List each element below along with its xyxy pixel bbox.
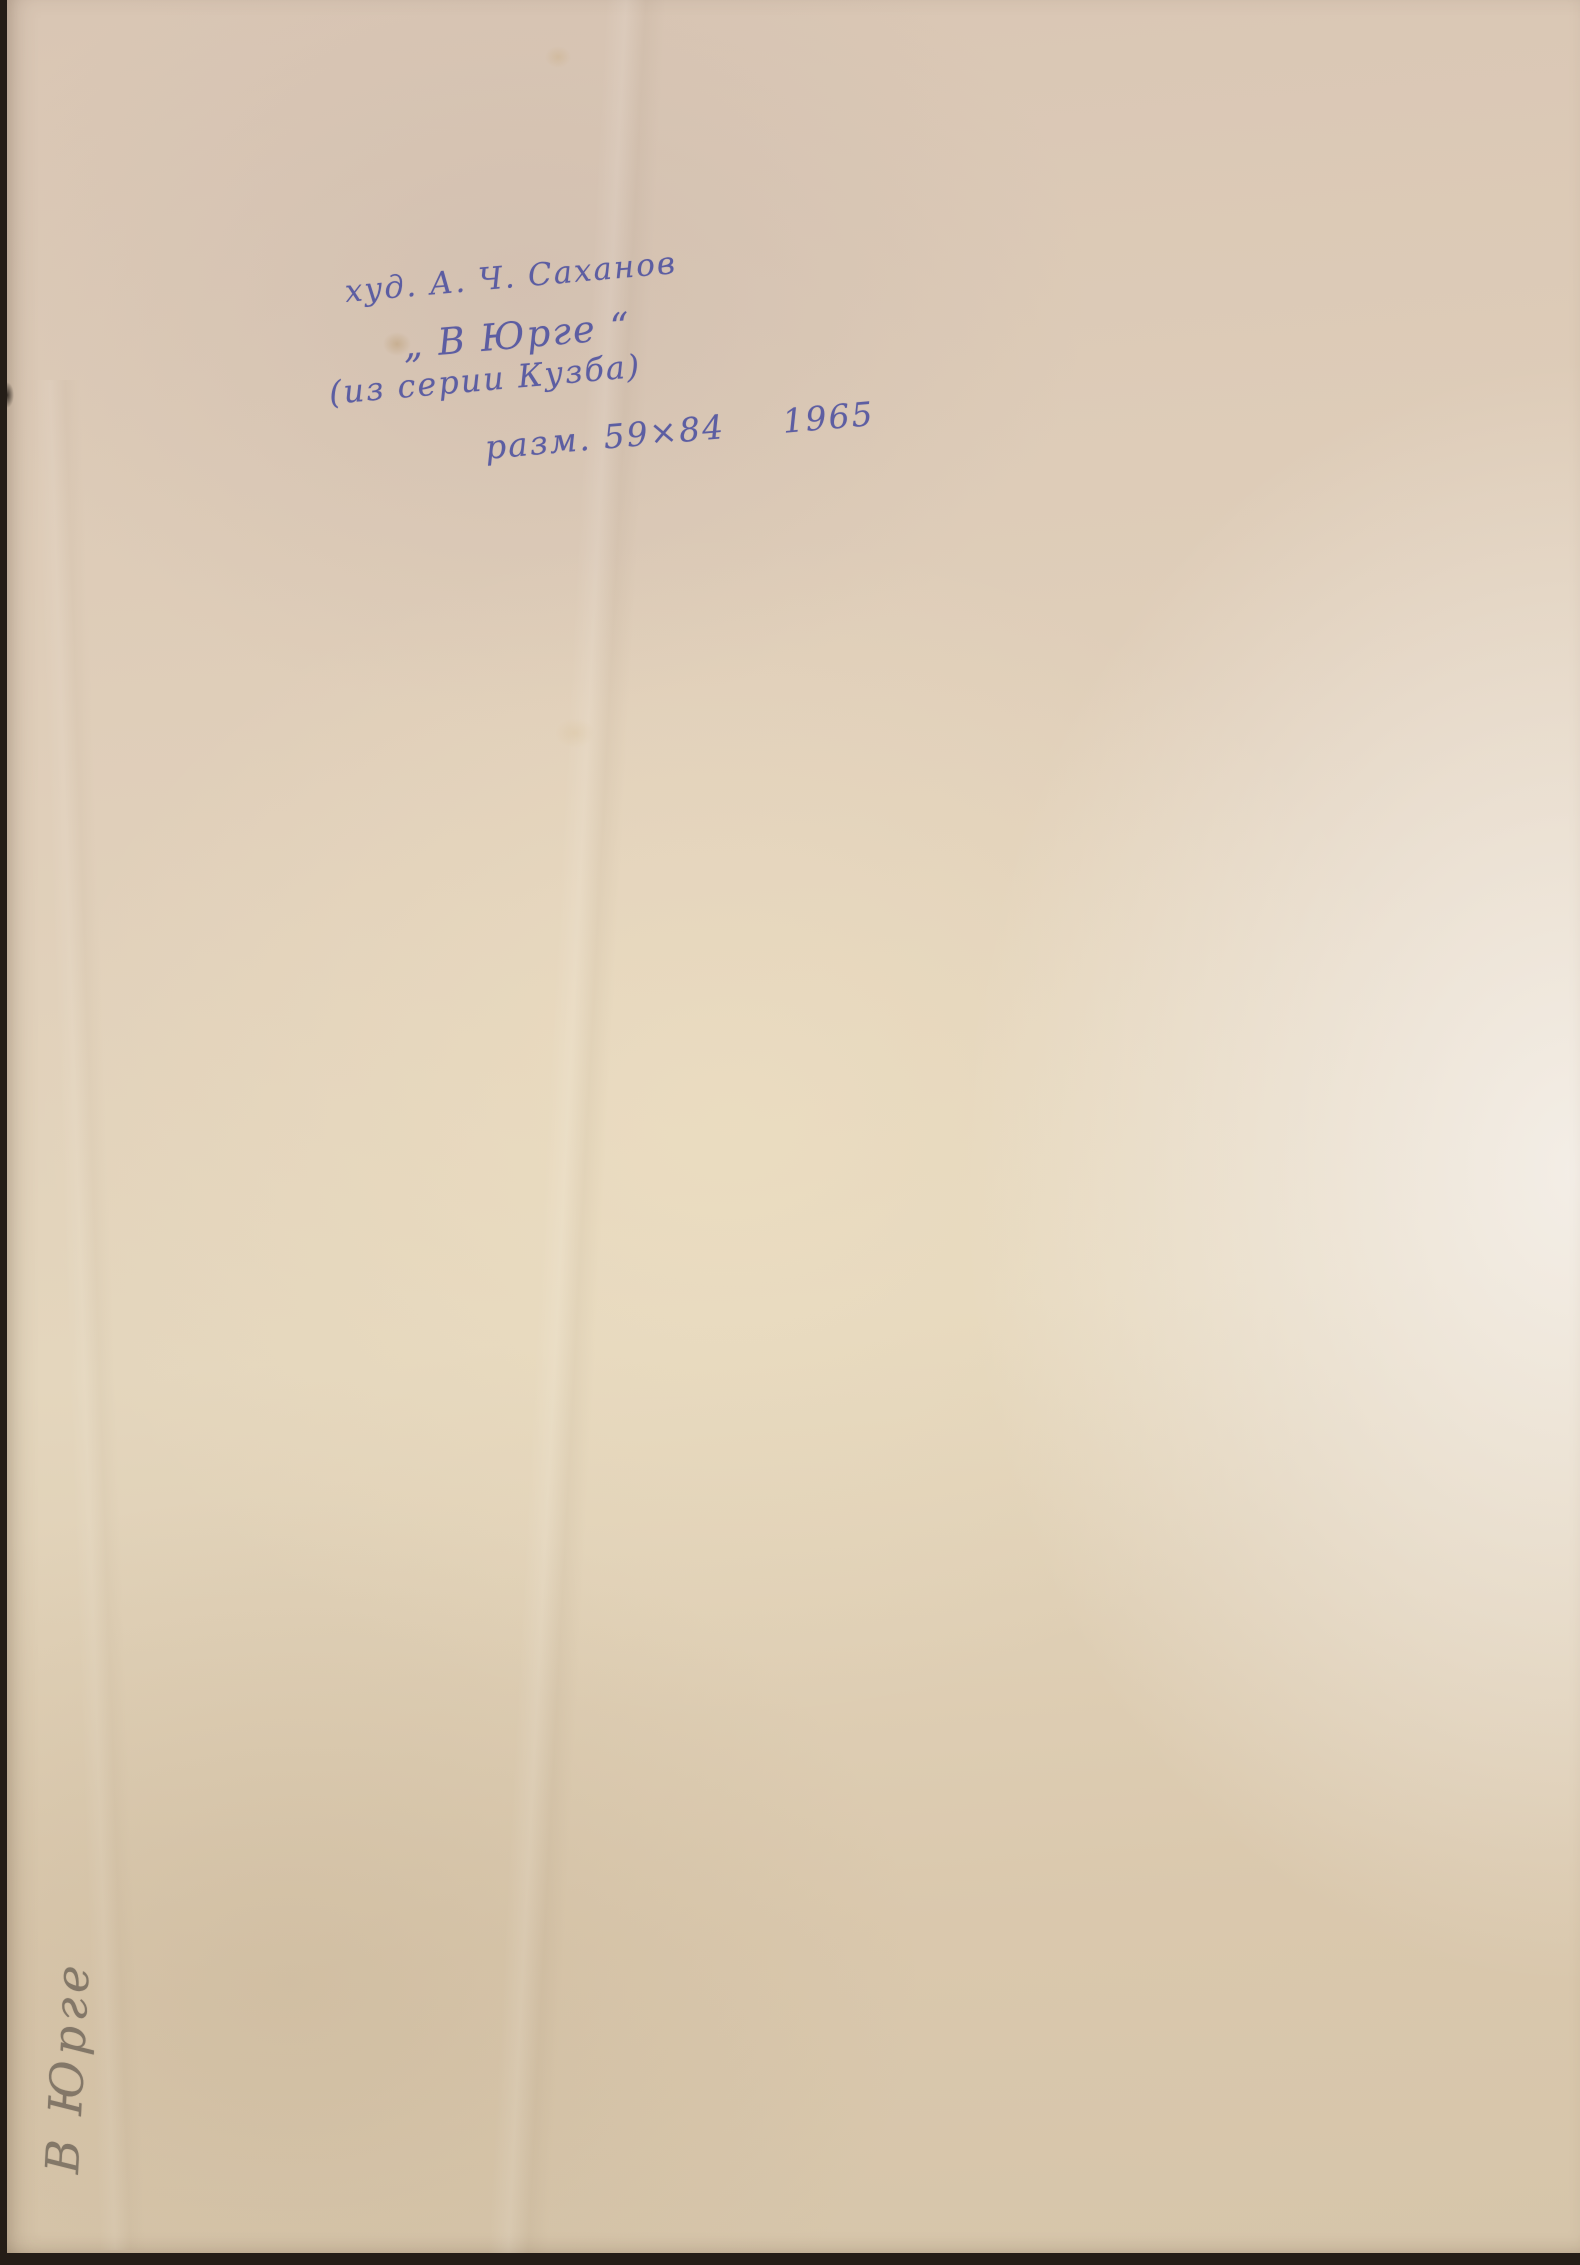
inscription-size-and-year: разм. 59×841965: [483, 394, 876, 467]
photo-background: худ. А. Ч. Саханов „ В Юрге “ (из серии …: [0, 0, 1580, 2265]
edge-notch: [0, 382, 14, 408]
inscription-year: 1965: [781, 394, 876, 441]
paper-sheet: худ. А. Ч. Саханов „ В Юрге “ (из серии …: [7, 0, 1580, 2253]
inscription-artist-name: худ. А. Ч. Саханов: [343, 245, 678, 310]
inscription-size: разм. 59×84: [483, 407, 726, 467]
gap: [726, 433, 784, 438]
stain-spot: [555, 718, 595, 748]
stain-spot: [545, 46, 571, 68]
pencil-margin-note: В Юрге: [35, 1959, 100, 2175]
